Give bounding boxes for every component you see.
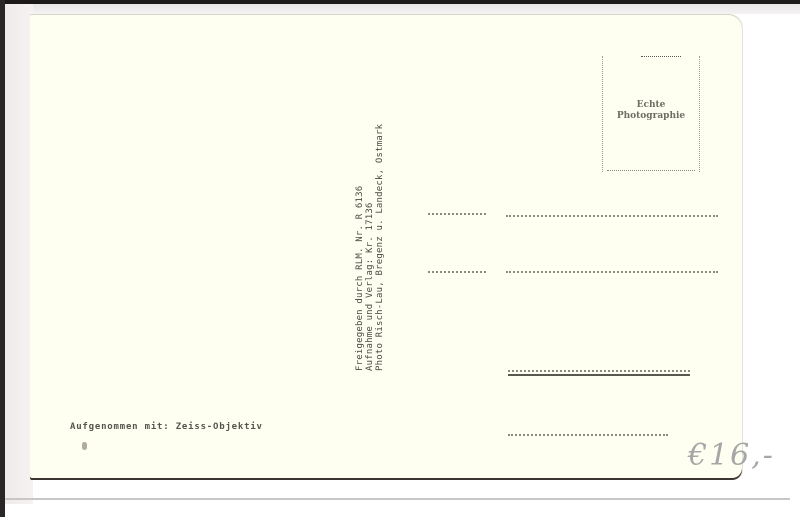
address-line-1: [428, 213, 486, 216]
ink-smudge: [82, 442, 87, 450]
address-line-3-dots: [508, 370, 690, 373]
scan-bottom-edge: [5, 498, 790, 500]
address-line-1b: [506, 215, 718, 218]
postcard-back: Echte Photographie Freigegeben durch RLM…: [30, 14, 742, 480]
handwritten-price: €16,-: [688, 438, 775, 473]
address-line-4: [508, 434, 668, 437]
stamp-box-label: Echte Photographie: [603, 100, 699, 122]
lens-note: Aufgenommen mit: Zeiss-Objektiv: [70, 422, 263, 432]
address-line-3: [508, 374, 690, 376]
address-line-2: [428, 271, 486, 274]
stamp-label-line2: Photographie: [603, 111, 699, 122]
publisher-imprint: Freigegeben durch RLM. Nr. R 6136 Aufnah…: [355, 106, 405, 371]
stamp-box: Echte Photographie: [602, 56, 700, 172]
imprint-line1: Freigegeben durch RLM. Nr. R 6136: [355, 106, 365, 371]
imprint-line2: Aufnahme und Verlag: Kr. 17136: [365, 106, 375, 371]
address-line-2b: [506, 271, 718, 274]
imprint-line3: Photo Risch-Lau, Bregenz u. Landeck, Ost…: [375, 106, 385, 371]
scan-left-shadow: [5, 4, 33, 504]
stamp-label-line1: Echte: [603, 100, 699, 111]
scan-top-shadow: [0, 4, 800, 14]
